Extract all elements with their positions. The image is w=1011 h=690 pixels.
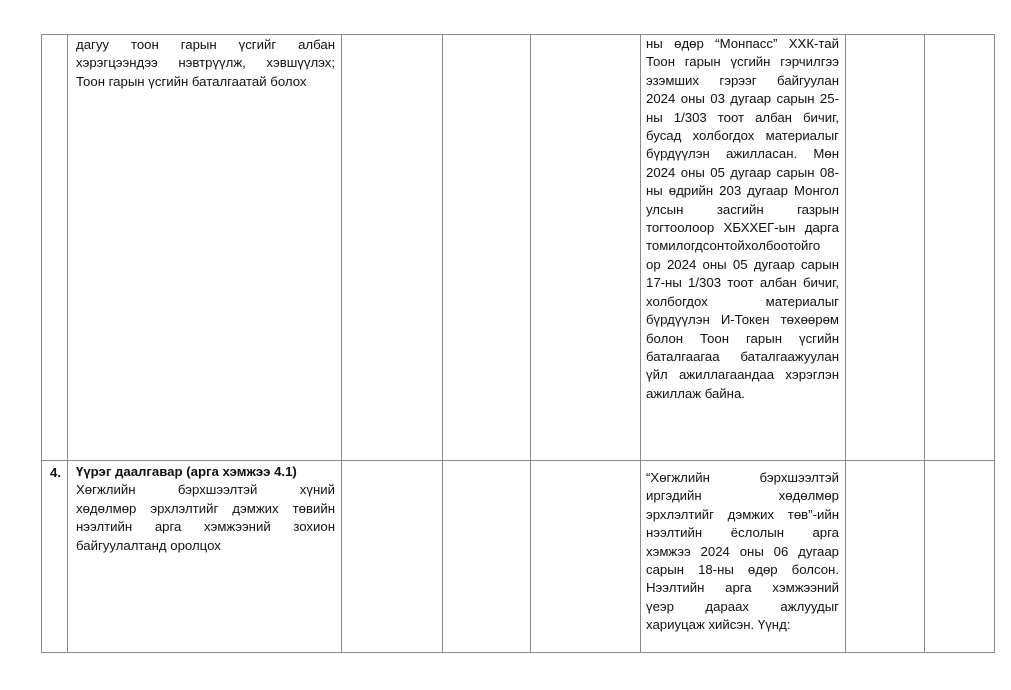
- report-table: дагуу тоон гарын үсгийг албанхэрэгцээндэ…: [41, 34, 995, 653]
- text-line: Хөгжлийн бэрхшээлтэй хүний: [76, 481, 335, 499]
- text-line: нээлтийн ёслолын арга: [646, 524, 839, 542]
- task-cell: дагуу тоон гарын үсгийг албанхэрэгцээндэ…: [68, 35, 342, 461]
- text-line: Тоон гарын үсгийн гэрчилгээ: [646, 53, 839, 71]
- empty-cell: [443, 461, 531, 653]
- text-line: Тоон гарын үсгийн баталгаатай болох: [76, 73, 335, 91]
- text-line: баталгаагаа баталгаажуулан: [646, 348, 839, 366]
- text-line: 17-ны 1/303 тоот албан бичиг,: [646, 274, 839, 292]
- row-number: 4.: [42, 461, 67, 482]
- text-line: хэмжээ 2024 оны 06 дугаар: [646, 543, 839, 561]
- empty-cell: [846, 461, 925, 653]
- task-heading: Үүрэг даалгавар (арга хэмжээ 4.1): [76, 463, 335, 481]
- text-line: бусад холбогдох материалыг: [646, 127, 839, 145]
- text-line: сарын 18-ны өдөр болсон.: [646, 561, 839, 579]
- text-line: нээлтийн арга хэмжээний зохион: [76, 518, 335, 536]
- text-line: ны 1/303 тоот албан бичиг,: [646, 109, 839, 127]
- text-line: иргэдийн хөдөлмөр: [646, 487, 839, 505]
- text-line: хэрэгцээндээ нэвтрүүлж, хэвшүүлэх;: [76, 54, 335, 72]
- empty-cell: [531, 461, 641, 653]
- text-line: 2024 оны 03 дугаар сарын 25-: [646, 90, 839, 108]
- task-cell: Үүрэг даалгавар (арга хэмжээ 4.1) Хөгжли…: [68, 461, 342, 653]
- empty-cell: [846, 35, 925, 461]
- table-row: 4. Үүрэг даалгавар (арга хэмжээ 4.1) Хөг…: [42, 461, 995, 653]
- text-line: ны өдрийн 203 дугаар Монгол: [646, 182, 839, 200]
- text-line: үйл ажиллагаандаа хэрэглэн: [646, 366, 839, 384]
- text-line: ор 2024 оны 05 дугаар сарын: [646, 256, 839, 274]
- text-line: эзэмших гэрээг байгуулан: [646, 72, 839, 90]
- text-line: хариуцаж хийсэн. Үүнд:: [646, 616, 839, 634]
- text-line: хөдөлмөр эрхлэлтийг дэмжих төвийн: [76, 500, 335, 518]
- text-line: үеэр дараах ажлуудыг: [646, 598, 839, 616]
- text-line: “Хөгжлийн бэрхшээлтэй: [646, 469, 839, 487]
- text-line: улсын засгийн газрын: [646, 201, 839, 219]
- text-line: томилогдсонтойхолбоотойго: [646, 237, 839, 255]
- text-line: дагуу тоон гарын үсгийг албан: [76, 36, 335, 54]
- row-number: [42, 35, 67, 38]
- text-line: ажиллаж байна.: [646, 385, 839, 403]
- report-cell: “Хөгжлийн бэрхшээлтэйиргэдийн хөдөлмөрэр…: [641, 461, 846, 653]
- empty-cell: [342, 35, 443, 461]
- text-line: 2024 оны 05 дугаар сарын 08-: [646, 164, 839, 182]
- text-line: эрхлэлтийг дэмжих төв”-ийн: [646, 506, 839, 524]
- row-number-cell: [42, 35, 68, 461]
- report-cell: ны өдөр “Монпасс” ХХК-тайТоон гарын үсги…: [641, 35, 846, 461]
- text-line: бүрдүүлэн И-Токен төхөөрөм: [646, 311, 839, 329]
- text-line: ны өдөр “Монпасс” ХХК-тай: [646, 35, 839, 53]
- report-text: ны өдөр “Монпасс” ХХК-тайТоон гарын үсги…: [641, 35, 845, 403]
- text-line: байгуулалтанд оролцох: [76, 537, 335, 555]
- text-line: бүрдүүлэн ажилласан. Мөн: [646, 145, 839, 163]
- text-line: тогтоолоор ХБХХЕГ-ын дарга: [646, 219, 839, 237]
- row-number-cell: 4.: [42, 461, 68, 653]
- empty-cell: [531, 35, 641, 461]
- document-page: дагуу тоон гарын үсгийг албанхэрэгцээндэ…: [0, 0, 1011, 690]
- report-text: “Хөгжлийн бэрхшээлтэйиргэдийн хөдөлмөрэр…: [641, 461, 845, 635]
- table-row: дагуу тоон гарын үсгийг албанхэрэгцээндэ…: [42, 35, 995, 461]
- text-line: холбогдох материалыг: [646, 293, 839, 311]
- task-text: дагуу тоон гарын үсгийг албанхэрэгцээндэ…: [68, 35, 341, 91]
- empty-cell: [925, 35, 995, 461]
- text-line: Нээлтийн арга хэмжээний: [646, 579, 839, 597]
- empty-cell: [342, 461, 443, 653]
- task-text: Үүрэг даалгавар (арга хэмжээ 4.1) Хөгжли…: [68, 461, 341, 555]
- empty-cell: [925, 461, 995, 653]
- text-line: болон Тоон гарын үсгийн: [646, 330, 839, 348]
- empty-cell: [443, 35, 531, 461]
